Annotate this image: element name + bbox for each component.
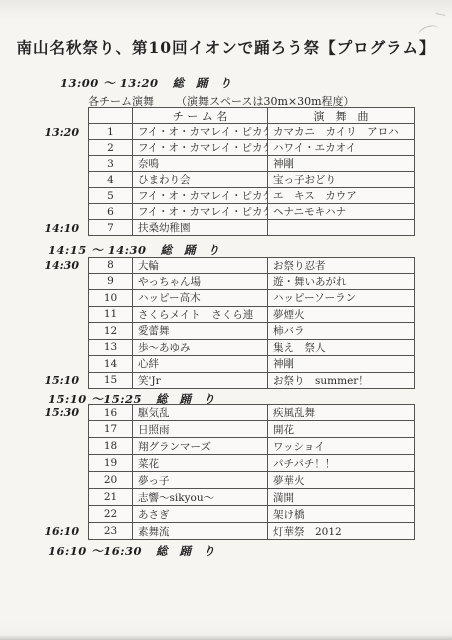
row-number: 14	[88, 356, 132, 373]
program-row: 14 心絆 神剛	[20, 356, 415, 373]
time-marker	[20, 188, 88, 204]
program-table-3: 15:30 16 駆気乱 疾風乱舞 17 日照雨 開花 18 翔グランマーズ ワ…	[20, 404, 415, 540]
program-row: 2 フイ・オ・カマレイ・ピカケ・スタジオ ハワイ・エカオイ	[20, 140, 415, 156]
time-marker	[20, 323, 88, 340]
section-time-range: 13:00 ～ 13:20	[60, 76, 159, 90]
song-cell: パチパチ！！	[267, 455, 415, 472]
song-cell: 遊・舞いあがれ	[267, 274, 415, 291]
row-number: 15	[88, 373, 132, 390]
program-row: 16:10 23 素舞流 灯華祭 2012	[20, 523, 415, 540]
program-row: 14:30 8 大輪 お祭り忍者	[20, 257, 415, 274]
program-row: 4 ひまわり会 宝っ子おどり	[20, 172, 415, 188]
team-name-cell: フイ・オ・カマレイ・ピカケ・スタジオ	[132, 140, 267, 156]
song-cell: お祭り summer！	[267, 373, 415, 390]
program-row: 14:10 7 扶桑幼稚園	[20, 220, 415, 236]
song-cell: 集え 祭人	[267, 340, 415, 357]
song-cell: 灯華祭 2012	[267, 523, 415, 540]
program-row: 19 菜花 パチパチ！！	[20, 455, 415, 472]
row-number: 11	[88, 307, 132, 324]
team-name-cell: 駆気乱	[132, 404, 267, 421]
program-table-2: 14:30 8 大輪 お祭り忍者 9 やっちゃん場 遊・舞いあがれ 10 ハッピ…	[20, 257, 415, 389]
song-cell: ヘナニモキハナ	[267, 204, 415, 220]
program-row: 18 翔グランマーズ ワッショイ	[20, 438, 415, 455]
song-cell: 疾風乱舞	[267, 404, 415, 421]
time-marker	[20, 340, 88, 357]
team-name-cell: さくらメイト さくら連	[132, 307, 267, 324]
section-label: 総 踊 り	[173, 76, 236, 90]
time-marker	[20, 506, 88, 523]
row-number: 2	[88, 140, 132, 156]
section-header-1: 13:00 ～ 13:20総 踊 り	[60, 75, 235, 91]
row-number: 21	[88, 489, 132, 506]
time-marker: 14:30	[20, 257, 88, 274]
program-row: 9 やっちゃん場 遊・舞いあがれ	[20, 274, 415, 291]
program-row: 22 あさぎ 架け橋	[20, 506, 415, 523]
song-cell: 夢華火	[267, 472, 415, 489]
time-marker	[20, 307, 88, 324]
program-row: 20 夢っ子 夢華火	[20, 472, 415, 489]
row-number: 17	[88, 421, 132, 438]
row-number: 8	[88, 257, 132, 274]
time-marker: 15:10	[20, 373, 88, 390]
team-name-cell: あさぎ	[132, 506, 267, 523]
section-label: 総 踊 り	[161, 243, 224, 257]
program-row: 17 日照雨 開花	[20, 421, 415, 438]
scan-bottom-shadow	[0, 635, 452, 640]
team-name-cell: 扶桑幼稚園	[132, 220, 267, 236]
song-cell: 柿バラ	[267, 323, 415, 340]
team-name-cell: フイ・オ・カマレイ・ピカケ・スタジオ	[132, 124, 267, 140]
table-header-row: チ ー ム 名 演 舞 曲	[20, 107, 415, 124]
row-number: 5	[88, 188, 132, 204]
song-cell: ワッショイ	[267, 438, 415, 455]
team-name-cell: 笑'Jr	[132, 373, 267, 390]
row-number: 3	[88, 156, 132, 172]
row-number: 4	[88, 172, 132, 188]
song-cell	[267, 220, 415, 236]
number-header-cell	[88, 107, 132, 124]
time-marker	[20, 455, 88, 472]
song-cell: 開花	[267, 421, 415, 438]
team-name-cell: 素舞流	[132, 523, 267, 540]
time-marker	[20, 438, 88, 455]
time-marker	[20, 290, 88, 307]
song-cell: 夢煙火	[267, 307, 415, 324]
song-cell: ハワイ・エカオイ	[267, 140, 415, 156]
song-cell: 架け橋	[267, 506, 415, 523]
song-cell: エ キス カウア	[267, 188, 415, 204]
section-label: 総 踊 り	[156, 544, 219, 558]
time-marker	[20, 489, 88, 506]
song-header-cell: 演 舞 曲	[267, 107, 415, 124]
time-marker: 16:10	[20, 523, 88, 540]
program-row: 3 奈鳴 神剛	[20, 156, 415, 172]
time-marker	[20, 204, 88, 220]
scan-speck	[435, 7, 446, 16]
team-header-cell: チ ー ム 名	[132, 107, 267, 124]
program-row: 13:20 1 フイ・オ・カマレイ・ピカケ・スタジオ カマカニ カイリ アロハ	[20, 124, 415, 140]
row-number: 23	[88, 523, 132, 540]
row-number: 12	[88, 323, 132, 340]
time-gutter	[20, 107, 88, 124]
program-row: 11 さくらメイト さくら連 夢煙火	[20, 307, 415, 324]
row-number: 1	[88, 124, 132, 140]
section-time-range: 14:15 ～ 14:30	[48, 243, 147, 257]
time-marker	[20, 156, 88, 172]
row-number: 7	[88, 220, 132, 236]
song-cell: ハッピーソーラン	[267, 290, 415, 307]
program-row: 10 ハッピー高木 ハッピーソーラン	[20, 290, 415, 307]
team-name-cell: 愛蕾舞	[132, 323, 267, 340]
time-marker: 14:10	[20, 220, 88, 236]
song-cell: 神剛	[267, 156, 415, 172]
time-marker	[20, 356, 88, 373]
time-marker	[20, 472, 88, 489]
team-name-cell: 夢っ子	[132, 472, 267, 489]
time-marker	[20, 421, 88, 438]
team-name-cell: 歩～あゆみ	[132, 340, 267, 357]
team-name-cell: 日照雨	[132, 421, 267, 438]
section-time-range: 16:10 ～16:30	[48, 544, 142, 558]
song-cell: 神剛	[267, 356, 415, 373]
row-number: 20	[88, 472, 132, 489]
row-number: 18	[88, 438, 132, 455]
program-table-1: チ ー ム 名 演 舞 曲 13:20 1 フイ・オ・カマレイ・ピカケ・スタジオ…	[20, 107, 415, 236]
section-header-2: 14:15 ～ 14:30総 踊 り	[48, 242, 223, 258]
row-number: 22	[88, 506, 132, 523]
row-number: 13	[88, 340, 132, 357]
program-row: 6 フイ・オ・カマレイ・ピカケ・スタジオ ヘナニモキハナ	[20, 204, 415, 220]
time-marker	[20, 274, 88, 291]
team-name-cell: 奈鳴	[132, 156, 267, 172]
team-name-cell: 志響～sikyou～	[132, 489, 267, 506]
section-header-4: 16:10 ～16:30総 踊 り	[48, 543, 219, 559]
song-cell: カマカニ カイリ アロハ	[267, 124, 415, 140]
program-row: 12 愛蕾舞 柿バラ	[20, 323, 415, 340]
team-name-cell: フイ・オ・カマレイ・ピカケ・スタジオ	[132, 188, 267, 204]
team-name-cell: 菜花	[132, 455, 267, 472]
scanned-program-page: 南山名秋祭り、第10回イオンで踊ろう祭【プログラム】 13:00 ～ 13:20…	[0, 0, 452, 640]
time-marker: 13:20	[20, 124, 88, 140]
page-title: 南山名秋祭り、第10回イオンで踊ろう祭【プログラム】	[0, 36, 452, 58]
team-name-cell: ひまわり会	[132, 172, 267, 188]
row-number: 19	[88, 455, 132, 472]
team-name-cell: 心絆	[132, 356, 267, 373]
team-name-cell: フイ・オ・カマレイ・ピカケ・スタジオ	[132, 204, 267, 220]
program-row: 21 志響～sikyou～ 満開	[20, 489, 415, 506]
time-marker	[20, 140, 88, 156]
program-row: 15:30 16 駆気乱 疾風乱舞	[20, 404, 415, 421]
program-row: 13 歩～あゆみ 集え 祭人	[20, 340, 415, 357]
song-cell: 宝っ子おどり	[267, 172, 415, 188]
time-marker	[20, 172, 88, 188]
row-number: 10	[88, 290, 132, 307]
program-row: 5 フイ・オ・カマレイ・ピカケ・スタジオ エ キス カウア	[20, 188, 415, 204]
team-name-cell: やっちゃん場	[132, 274, 267, 291]
time-marker: 15:30	[20, 404, 88, 421]
program-row: 15:10 15 笑'Jr お祭り summer！	[20, 373, 415, 390]
team-name-cell: ハッピー高木	[132, 290, 267, 307]
row-number: 9	[88, 274, 132, 291]
song-cell: 満開	[267, 489, 415, 506]
team-name-cell: 翔グランマーズ	[132, 438, 267, 455]
song-cell: お祭り忍者	[267, 257, 415, 274]
team-name-cell: 大輪	[132, 257, 267, 274]
row-number: 16	[88, 404, 132, 421]
row-number: 6	[88, 204, 132, 220]
